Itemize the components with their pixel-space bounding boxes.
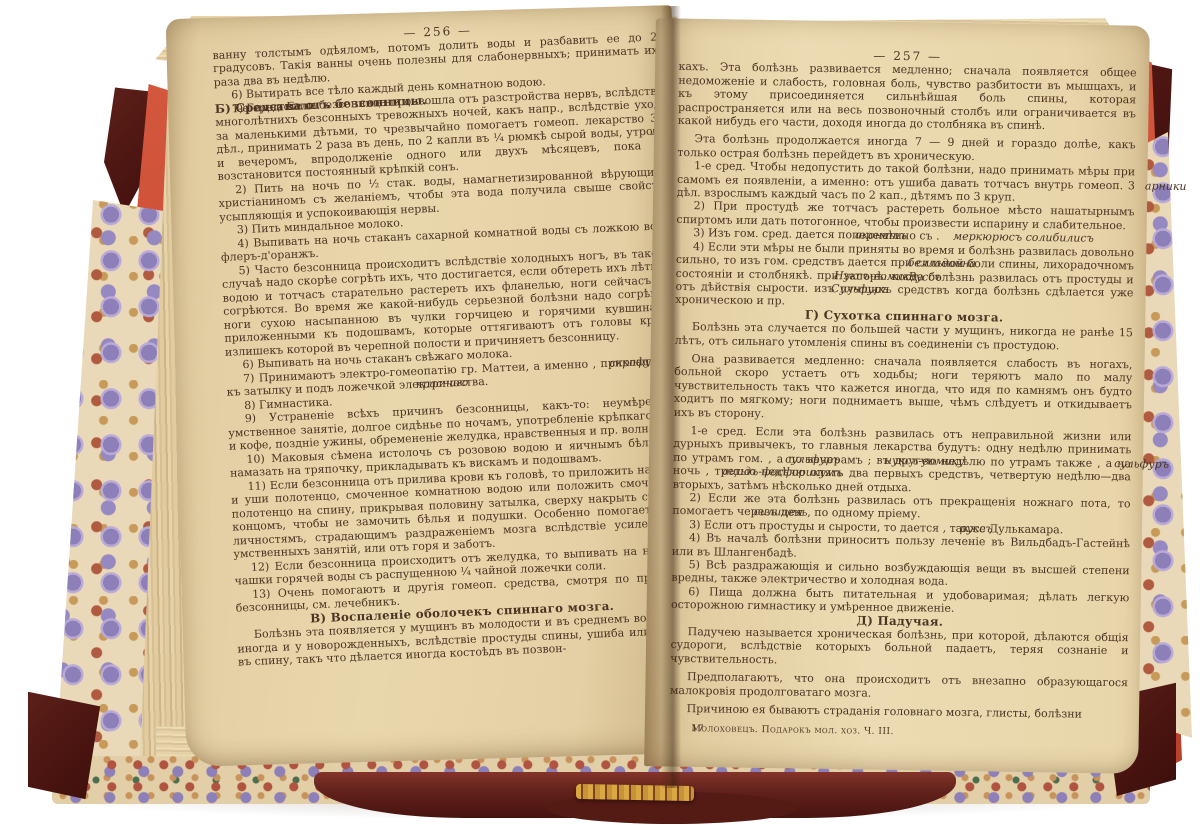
page-text-right: — 257 — кахъ. Эта болѣзнь развивается ме… (669, 47, 1136, 728)
paragraph: Предполагаютъ, что она происходитъ отъ в… (670, 670, 1128, 703)
page-right-paragraphs: кахъ. Эта болѣзнь развивается медленно; … (670, 60, 1137, 721)
paragraph: кахъ. Эта болѣзнь развивается медленно; … (678, 60, 1137, 133)
paragraph: Причиною ея бываютъ страданія головнаго … (670, 702, 1128, 722)
book-signature: Молоховецъ. Подарокъ мол. хоз. Ч. III. (691, 722, 894, 738)
paragraph: 1-е сред. Если эта болѣзнь развилась отъ… (673, 424, 1132, 497)
paragraph: 4) Если эти мѣры не были приняты во врем… (675, 240, 1134, 313)
open-book: — 256 — ванну толстымъ одѣяломъ, потомъ … (28, 6, 1176, 822)
paragraph: 1-е сред. Чтобы недопустить до такой бол… (677, 159, 1136, 206)
page-left-paragraphs: ванну толстымъ одѣяломъ, потомъ долить в… (212, 30, 690, 669)
page-footer: Молоховецъ. Подарокъ мол. хоз. Ч. III. 1… (669, 721, 1127, 727)
spine-headband (576, 784, 694, 801)
paragraph: Она развивается медленно: сначала появля… (674, 352, 1133, 425)
book-page-right: — 257 — кахъ. Эта болѣзнь развивается ме… (644, 18, 1150, 774)
photo-background: — 256 — ванну толстымъ одѣяломъ, потомъ … (0, 0, 1200, 825)
page-signature-number: 17 (691, 722, 704, 736)
paragraph: Падучею называется хроническая болѣзнь, … (670, 625, 1129, 672)
paragraph: Болѣзнь эта случается по большей части у… (675, 320, 1133, 353)
page-text-left: — 256 — ванну толстымъ одѣяломъ, потомъ … (212, 16, 690, 669)
book-page-left: — 256 — ванну толстымъ одѣяломъ, потомъ … (166, 5, 693, 767)
